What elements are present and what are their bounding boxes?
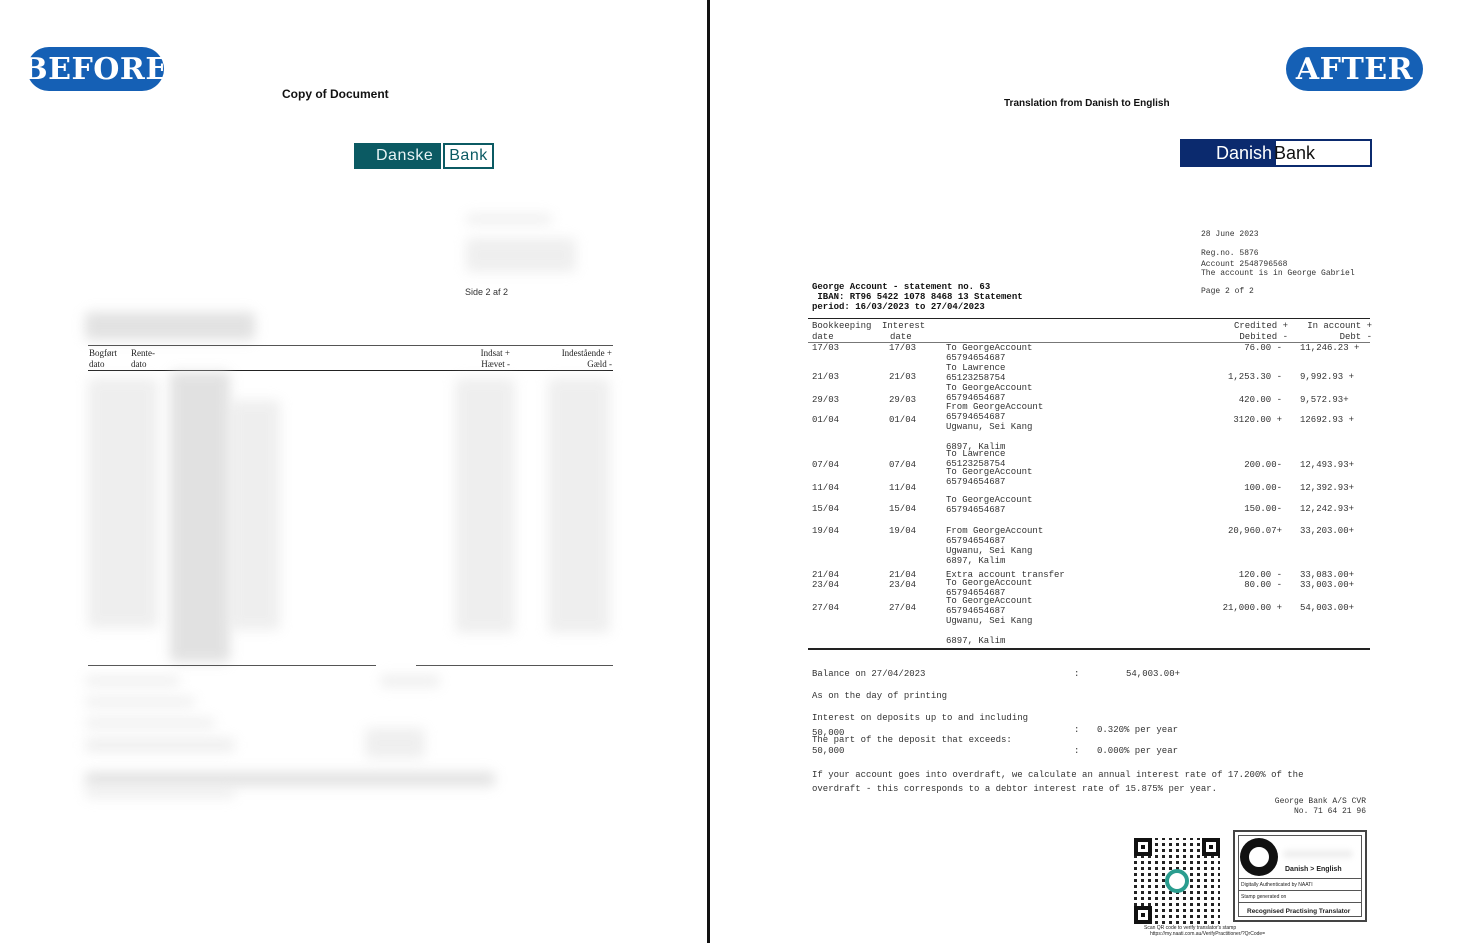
- row-description: To GeorgeAccount 65794654687: [946, 343, 1032, 363]
- row-amount: 420.00 -: [1190, 395, 1282, 405]
- row-description: To GeorgeAccount 65794654687: [946, 383, 1032, 403]
- row-balance: 12,242.93+: [1300, 504, 1354, 514]
- row-balance: 12692.93 +: [1300, 415, 1354, 425]
- row-booking-date: 17/03: [812, 343, 839, 353]
- exceeds-threshold: 50,000: [812, 746, 844, 756]
- before-col1-header: Bogførtdato: [89, 348, 117, 370]
- table-bottom-rule: [88, 665, 376, 666]
- redacted-summary: [85, 772, 495, 786]
- statement-heading-2: IBAN: RT96 5422 1078 8468 13 Statement: [812, 292, 1023, 302]
- row-description: To Lawrence 65123258754: [946, 449, 1005, 469]
- row-interest-date: 27/04: [889, 603, 916, 613]
- redacted-summary: [85, 697, 195, 707]
- row-amount: 3120.00 +: [1190, 415, 1282, 425]
- company-footer: George Bank A/S CVR No. 71 64 21 96: [1200, 797, 1366, 817]
- row-amount: 200.00-: [1190, 460, 1282, 470]
- row-interest-date: 11/04: [889, 483, 916, 493]
- stamp-authenticated: Digitally Authenticated by NAATI: [1241, 882, 1313, 888]
- table-bottom-rule: [416, 665, 613, 666]
- row-amount: 21,000.00 +: [1190, 603, 1282, 613]
- row-description: To Lawrence 65123258754: [946, 363, 1005, 383]
- translator-stamp: Danish > English Digitally Authenticated…: [1233, 830, 1367, 922]
- row-booking-date: 21/03: [812, 372, 839, 382]
- row-balance: 33,083.00+: [1300, 570, 1354, 580]
- before-doc-title: Copy of Document: [282, 87, 389, 101]
- interest-rate: 0.320% per year: [1097, 725, 1178, 735]
- before-col2-header: Rente-dato: [131, 348, 155, 370]
- panel-divider: [707, 0, 710, 943]
- row-balance: 33,203.00+: [1300, 526, 1354, 536]
- stamp-direction: Danish > English: [1285, 866, 1342, 873]
- row-booking-date: 21/04: [812, 570, 839, 580]
- balance-separator: :: [1074, 669, 1079, 679]
- before-badge: BEFORE: [27, 47, 164, 91]
- statement-heading-3: period: 16/03/2023 to 27/04/2023: [812, 302, 985, 312]
- row-interest-date: 15/04: [889, 504, 916, 514]
- row-interest-date: 21/04: [889, 570, 916, 580]
- statement-heading-1: George Account - statement no. 63: [812, 282, 990, 292]
- row-description: To GeorgeAccount 65794654687: [946, 495, 1032, 515]
- after-col4-header: In account +Debt -: [1290, 321, 1372, 343]
- redacted-text: [230, 400, 280, 630]
- stamp-generated: Stamp generated on: [1241, 894, 1286, 900]
- redacted-name: [1283, 850, 1353, 858]
- row-interest-date: 21/03: [889, 372, 916, 382]
- stamp-role: Recognised Practising Translator: [1247, 908, 1350, 915]
- redacted-summary: [380, 675, 440, 687]
- balance-label: Balance on 27/04/2023: [812, 669, 925, 679]
- row-interest-date: 01/04: [889, 415, 916, 425]
- row-amount: 100.00-: [1190, 483, 1282, 493]
- exceeds-separator: :: [1074, 746, 1079, 756]
- as-on-printing: As on the day of printing: [812, 691, 947, 701]
- balance-value: 54,003.00+: [1126, 669, 1180, 679]
- naati-seal-icon: [1240, 838, 1278, 876]
- row-booking-date: 07/04: [812, 460, 839, 470]
- row-balance: 12,392.93+: [1300, 483, 1354, 493]
- exceeds-rate: 0.000% per year: [1097, 746, 1178, 756]
- logo-right: Bank: [1274, 141, 1315, 165]
- row-description: To GeorgeAccount 65794654687: [946, 578, 1032, 598]
- row-booking-date: 29/03: [812, 395, 839, 405]
- before-page-label: Side 2 af 2: [465, 287, 508, 297]
- redacted-balances: [548, 378, 610, 633]
- redacted-summary: [85, 738, 235, 752]
- qr-finder-icon: [1134, 838, 1152, 856]
- row-balance: 12,493.93+: [1300, 460, 1354, 470]
- row-interest-date: 29/03: [889, 395, 916, 405]
- table-header-rule: [88, 370, 613, 371]
- row-booking-date: 19/04: [812, 526, 839, 536]
- row-interest-date: 17/03: [889, 343, 916, 353]
- row-booking-date: 15/04: [812, 504, 839, 514]
- overdraft-note: If your account goes into overdraft, we …: [812, 768, 1303, 796]
- row-amount: 120.00 -: [1190, 570, 1282, 580]
- qr-finder-icon: [1202, 838, 1220, 856]
- redacted-heading: [85, 312, 255, 340]
- qr-url[interactable]: https://my.naati.com.au/VerifyPractition…: [1150, 931, 1265, 937]
- row-interest-date: 23/04: [889, 580, 916, 590]
- row-amount: 80.00 -: [1190, 580, 1282, 590]
- redacted-summary: [365, 728, 425, 758]
- row-booking-date: 27/04: [812, 603, 839, 613]
- before-col4-header: Indestående +Gæld -: [530, 348, 612, 370]
- row-booking-date: 23/04: [812, 580, 839, 590]
- logo-left: Danske: [354, 143, 441, 169]
- row-balance: 9,572.93+: [1300, 395, 1349, 405]
- danish-bank-logo: Danish Bank: [1180, 139, 1372, 167]
- row-interest-date: 07/04: [889, 460, 916, 470]
- redacted-summary: [85, 788, 235, 798]
- after-col1-header: Bookkeepingdate: [812, 321, 871, 343]
- statement-date: 28 June 2023: [1201, 230, 1259, 240]
- redacted-summary: [85, 676, 180, 686]
- redacted-dates: [88, 378, 158, 628]
- after-doc-title: Translation from Danish to English: [1004, 98, 1170, 109]
- danske-bank-logo: Danske Bank: [354, 143, 494, 169]
- row-description: From GeorgeAccount 65794654687 Ugwanu, S…: [946, 402, 1043, 452]
- logo-right: Bank: [443, 143, 493, 169]
- logo-left: Danish: [1182, 141, 1276, 165]
- row-balance: 54,003.00+: [1300, 603, 1354, 613]
- row-amount: 76.00 -: [1190, 343, 1282, 353]
- after-col3-header: Credited +Debited -: [1200, 321, 1288, 343]
- redacted-block: [466, 214, 552, 224]
- qr-finder-icon: [1134, 906, 1152, 924]
- before-col3-header: Indsat +Hævet -: [440, 348, 510, 370]
- table-top-rule: [808, 318, 1370, 319]
- row-booking-date: 01/04: [812, 415, 839, 425]
- row-balance: 11,246.23 +: [1300, 343, 1359, 353]
- verification-qr-code[interactable]: [1134, 838, 1220, 924]
- redacted-block: [466, 238, 576, 272]
- table-top-rule: [88, 345, 613, 346]
- interest-label: Interest on deposits up to and including: [812, 713, 1028, 723]
- after-badge: AFTER: [1286, 47, 1423, 91]
- row-amount: 1,253.30 -: [1190, 372, 1282, 382]
- redacted-summary: [85, 718, 215, 728]
- row-booking-date: 11/04: [812, 483, 839, 493]
- reg-no: Reg.no. 5876: [1201, 249, 1259, 259]
- redacted-amounts: [455, 378, 515, 633]
- naati-logo-icon: [1165, 869, 1189, 893]
- after-col2-header: Interestdate: [882, 321, 925, 343]
- row-balance: 9,992.93 +: [1300, 372, 1354, 382]
- redacted-text: [170, 372, 230, 662]
- exceeds-label: The part of the deposit that exceeds:: [812, 735, 1012, 745]
- row-interest-date: 19/04: [889, 526, 916, 536]
- account-holder: The account is in George Gabriel: [1201, 269, 1355, 279]
- row-description: To GeorgeAccount 65794654687 Ugwanu, Sei…: [946, 596, 1032, 646]
- table-bottom-rule: [808, 648, 1370, 650]
- row-description: To GeorgeAccount 65794654687: [946, 467, 1032, 487]
- row-balance: 33,003.00+: [1300, 580, 1354, 590]
- interest-separator: :: [1074, 725, 1079, 735]
- page-indicator: Page 2 of 2: [1201, 287, 1254, 297]
- row-amount: 20,960.07+: [1190, 526, 1282, 536]
- row-description: From GeorgeAccount 65794654687 Ugwanu, S…: [946, 526, 1043, 566]
- row-amount: 150.00-: [1190, 504, 1282, 514]
